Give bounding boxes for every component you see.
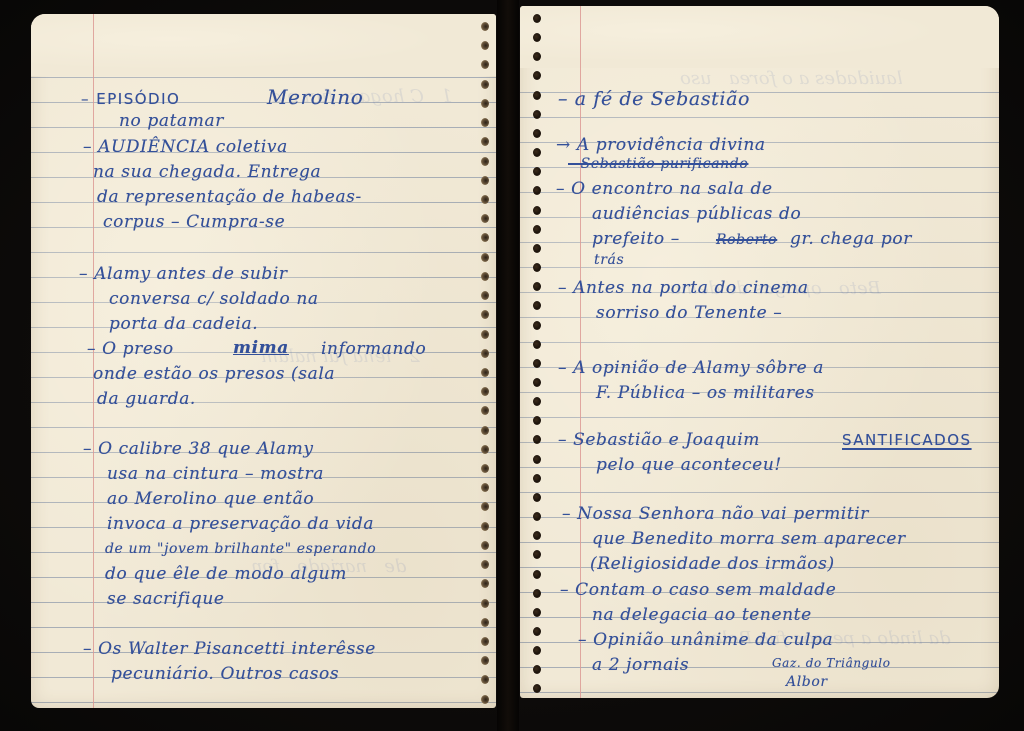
handwritten-line: da guarda. [97,387,196,412]
struck-word: mima [233,336,289,361]
spiral-holes [532,14,542,694]
spiral-holes [480,22,490,704]
handwritten-line: (Religiosidade dos irmãos) [590,552,835,577]
handwritten-line: pecuniário. Outros casos [111,662,339,687]
underlined-word: SANTIFICADOS [842,428,972,453]
handwritten-line: audiências públicas do [592,202,801,227]
handwritten-line: usa na cintura – mostra [107,462,324,487]
handwritten-line: da representação de habeas- [97,185,362,210]
right-notebook-page: lauidades a o forea uso Beto oprigas de … [520,6,999,698]
handwritten-line: – A opinião de Alamy sôbre a [558,356,824,381]
handwritten-line: – Nossa Senhora não vai permitir [562,502,869,527]
handwritten-line: pelo que aconteceu! [596,453,782,478]
handwritten-line: – AUDIÊNCIA coletiva [83,135,288,160]
handwritten-line: no patamar [119,109,224,134]
handwritten-line: conversa c/ soldado na [109,287,319,312]
handwritten-line: sorriso do Tenente – [596,301,782,326]
handwritten-line: Albor [786,670,828,695]
handwritten-line: porta da cadeia. [109,312,258,337]
handwritten-line: trás [594,248,624,273]
page-header-space [520,6,999,68]
handwritten-line: a 2 jornais [592,653,689,678]
spiral-gutter [497,0,519,731]
handwritten-line: – O calibre 38 que Alamy [83,437,314,462]
handwritten-line: – a fé de Sebastião [558,87,750,112]
page-header-space [31,14,496,76]
handwritten-line: ao Merolino que então [107,487,314,512]
handwritten-line: se sacrifique [107,587,225,612]
handwritten-line: de um "jovem brilhante" esperando [105,537,376,562]
struck-line: – Sebastião purificando [568,152,748,177]
handwritten-line: – Sebastião e Joaquim [558,428,760,453]
handwritten-line: – Antes na porta do cinema [558,276,809,301]
handwritten-line: invoca a preservação da vida [107,512,374,537]
handwritten-line: Merolino [267,85,363,110]
handwritten-line: onde estão os presos (sala [93,362,335,387]
handwritten-line: F. Pública – os militares [596,381,815,406]
struck-word: Roberto [716,228,777,253]
handwritten-line: na delegacia ao tenente [592,603,812,628]
handwritten-line: – Alamy antes de subir [79,262,288,287]
handwritten-line: na sua chegada. Entrega [93,160,321,185]
handwritten-line: informando [321,337,426,362]
notebook-photo: 1 C hogar fun o a 2 lena fui nalam de na… [0,0,1024,731]
handwritten-line: que Benedito morra sem aparecer [592,527,906,552]
left-notebook-page: 1 C hogar fun o a 2 lena fui nalam de na… [31,14,496,708]
handwritten-line: gr. chega por [790,227,912,252]
handwritten-line: – Opinião unânime da culpa [578,628,833,653]
handwritten-line: – Os Walter Pisancetti interêsse [83,637,376,662]
handwritten-line: – O encontro na sala de [556,177,773,202]
handwritten-line: do que êle de modo algum [105,562,347,587]
handwritten-line: – Contam o caso sem maldade [560,578,836,603]
handwritten-line: – O preso [87,337,174,362]
handwritten-line: corpus – Cumpra-se [103,210,285,235]
